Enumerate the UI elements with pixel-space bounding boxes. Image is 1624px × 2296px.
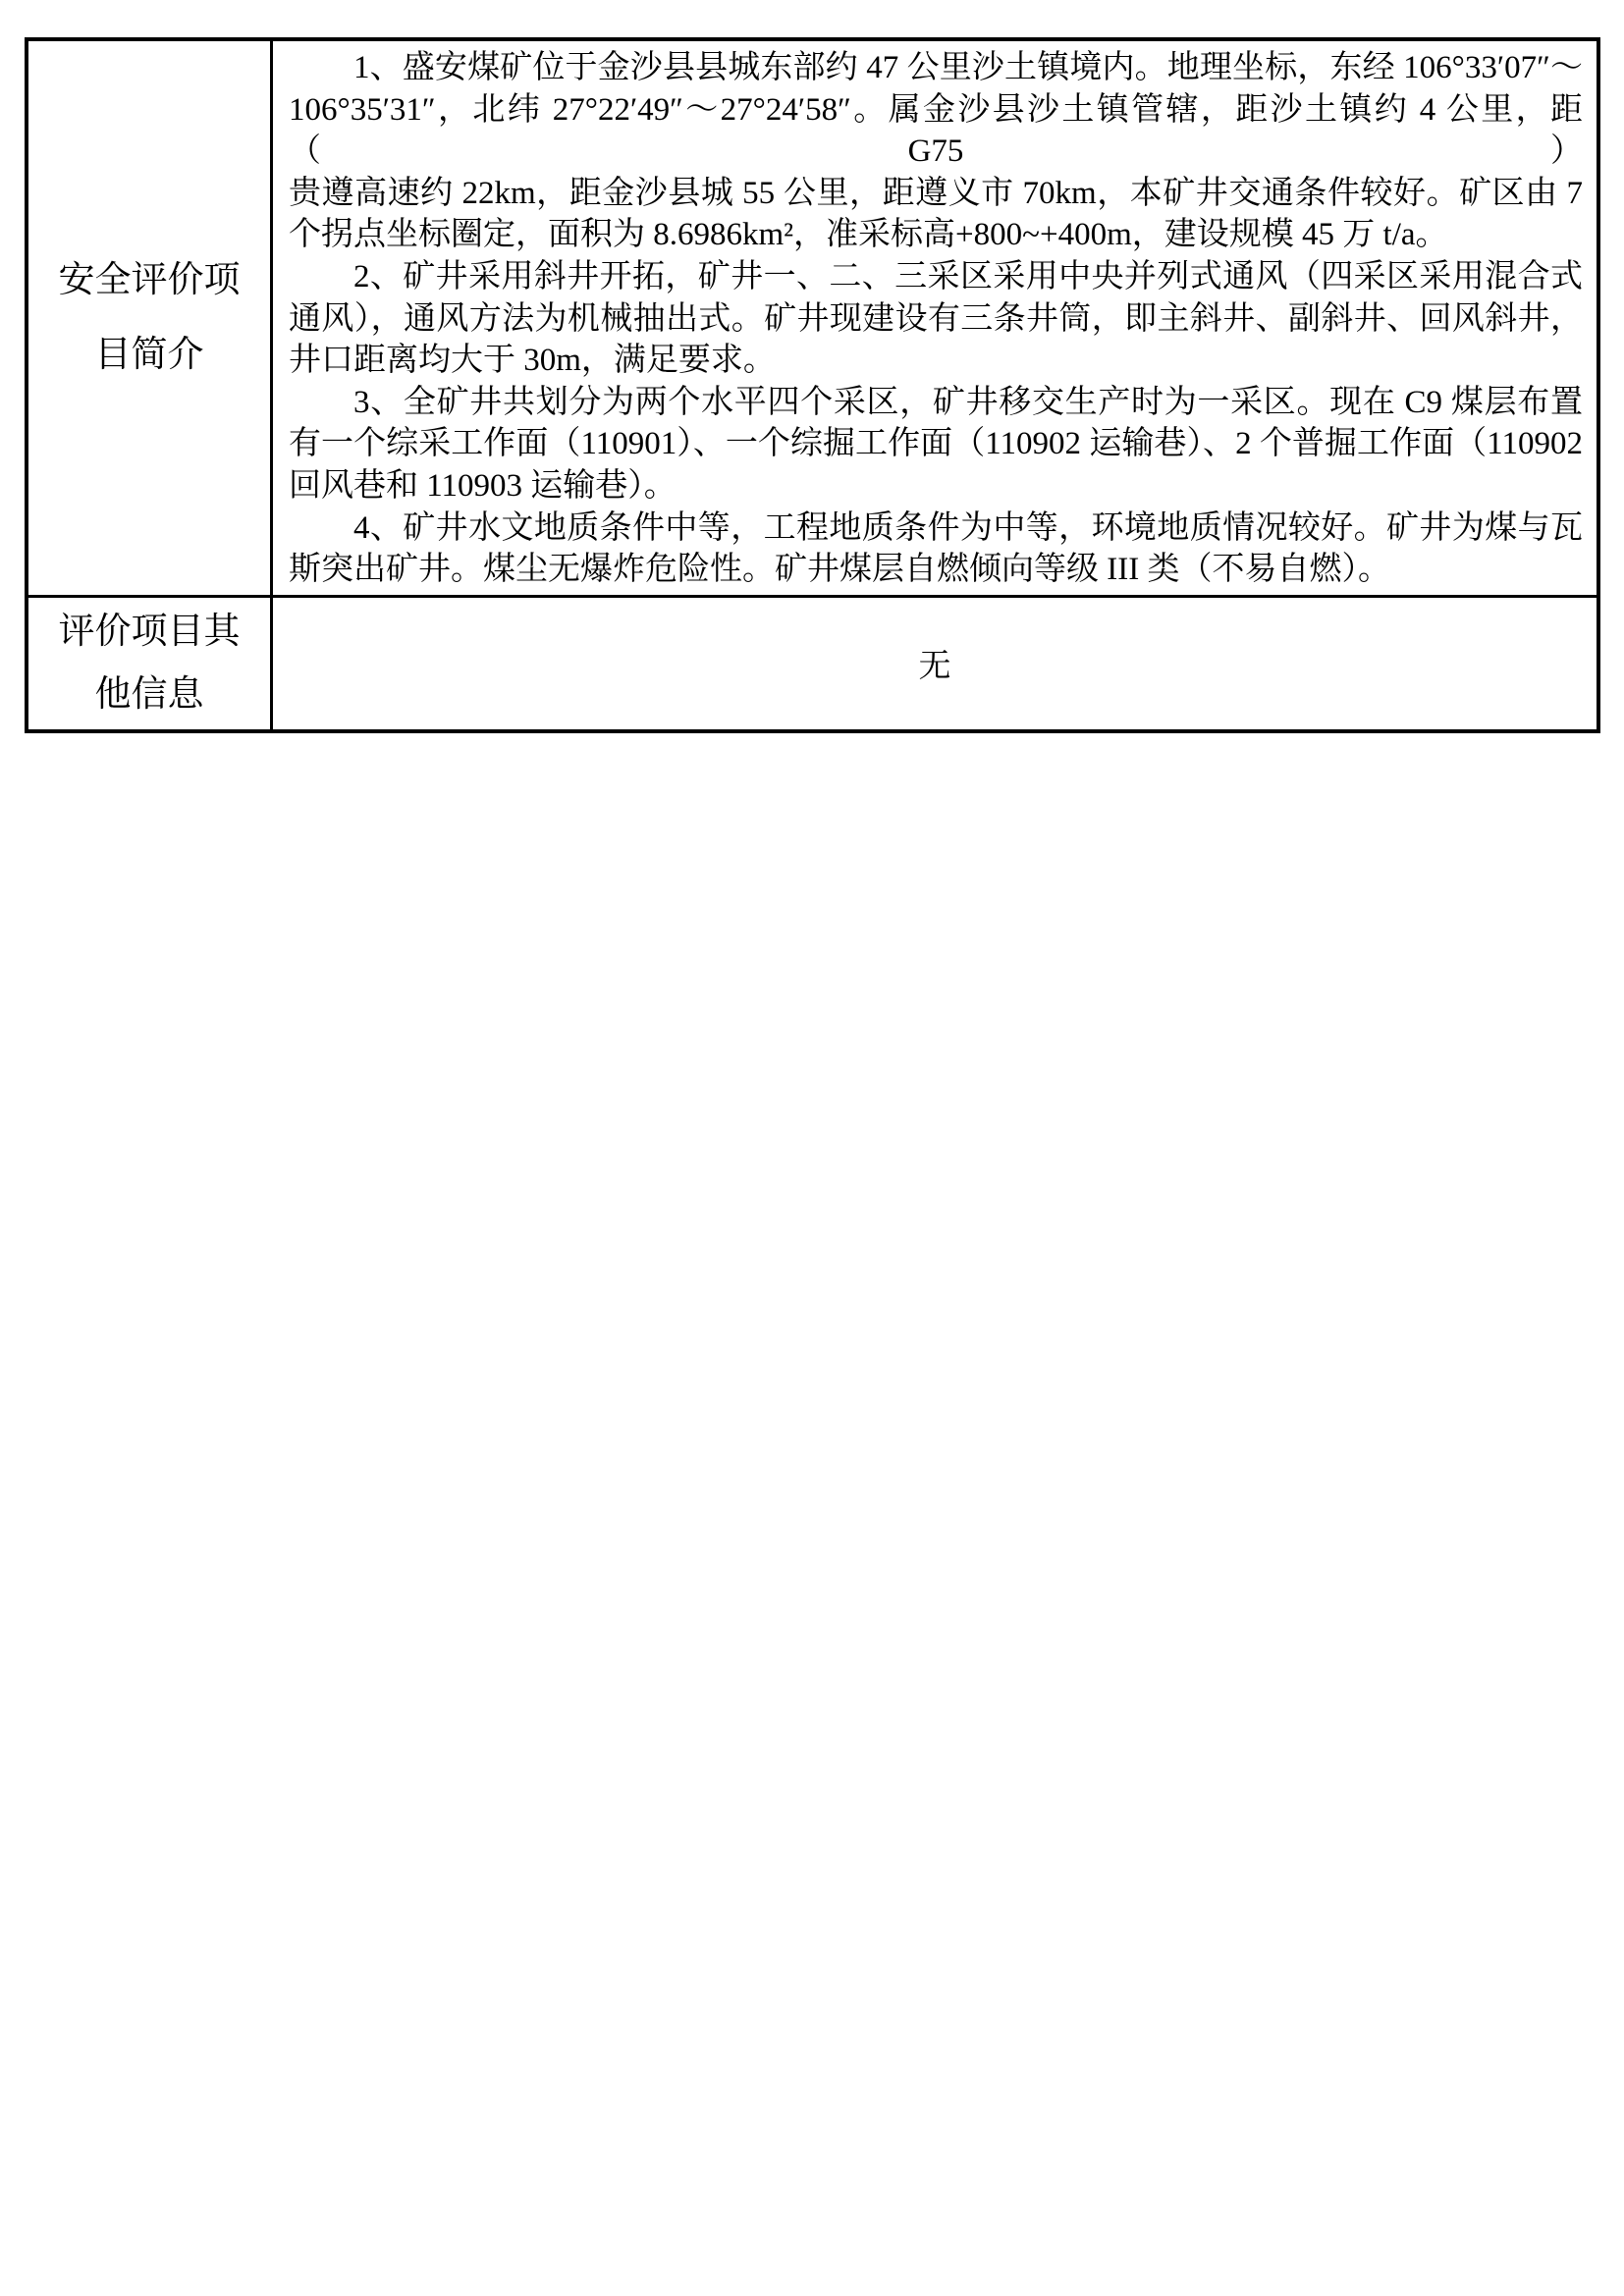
safety-evaluation-table: 安全评价项 目简介 1、盛安煤矿位于金沙县县城东部约 47 公里沙土镇境内。地理…	[25, 37, 1600, 733]
label-project-brief: 安全评价项 目简介	[27, 39, 272, 596]
label-line: 目简介	[28, 318, 270, 393]
label-line: 他信息	[28, 664, 270, 726]
text-line: 4、矿井水文地质条件中等，工程地质条件为中等，环境地质情况较好。矿井为煤与瓦	[289, 507, 1583, 550]
table-row-other-info: 评价项目其 他信息 无	[27, 596, 1598, 731]
text-line: 2、矿井采用斜井开拓，矿井一、二、三采区采用中央并列式通风（四采区采用混合式	[289, 256, 1583, 298]
text-line: 106°35′31″，北纬 27°22′49″～27°24′58″。属金沙县沙土…	[289, 89, 1583, 173]
text-line: 通风），通风方法为机械抽出式。矿井现建设有三条井筒，即主斜井、副斜井、回风斜井，	[289, 298, 1583, 341]
paragraph-3: 3、全矿井共划分为两个水平四个采区，矿井移交生产时为一采区。现在 C9 煤层布置…	[289, 382, 1583, 507]
text-line: 贵遵高速约 22km，距金沙县城 55 公里，距遵义市 70km，本矿井交通条件…	[289, 173, 1583, 215]
label-line: 评价项目其	[28, 601, 270, 664]
table-row-project-brief: 安全评价项 目简介 1、盛安煤矿位于金沙县县城东部约 47 公里沙土镇境内。地理…	[27, 39, 1598, 596]
text-line: 1、盛安煤矿位于金沙县县城东部约 47 公里沙土镇境内。地理坐标，东经 106°…	[289, 47, 1583, 89]
project-brief-content: 1、盛安煤矿位于金沙县县城东部约 47 公里沙土镇境内。地理坐标，东经 106°…	[272, 39, 1599, 596]
text-line: 回风巷和 110903 运输巷）。	[289, 465, 1583, 507]
text-line: 3、全矿井共划分为两个水平四个采区，矿井移交生产时为一采区。现在 C9 煤层布置	[289, 382, 1583, 424]
text-line: 个拐点坐标圈定，面积为 8.6986km²，准采标高+800~+400m，建设规…	[289, 214, 1583, 256]
text-line: 斯突出矿井。煤尘无爆炸危险性。矿井煤层自燃倾向等级 III 类（不易自燃）。	[289, 549, 1583, 591]
paragraph-4: 4、矿井水文地质条件中等，工程地质条件为中等，环境地质情况较好。矿井为煤与瓦 斯…	[289, 507, 1583, 591]
paragraph-1: 1、盛安煤矿位于金沙县县城东部约 47 公里沙土镇境内。地理坐标，东经 106°…	[289, 47, 1583, 256]
other-info-content: 无	[272, 596, 1599, 731]
label-other-info: 评价项目其 他信息	[27, 596, 272, 731]
text-line: 井口距离均大于 30m，满足要求。	[289, 340, 1583, 382]
label-line: 安全评价项	[28, 243, 270, 318]
paragraph-2: 2、矿井采用斜井开拓，矿井一、二、三采区采用中央并列式通风（四采区采用混合式 通…	[289, 256, 1583, 382]
text-line: 有一个综采工作面（110901）、一个综掘工作面（110902 运输巷）、2 个…	[289, 423, 1583, 465]
other-info-value: 无	[919, 649, 951, 684]
